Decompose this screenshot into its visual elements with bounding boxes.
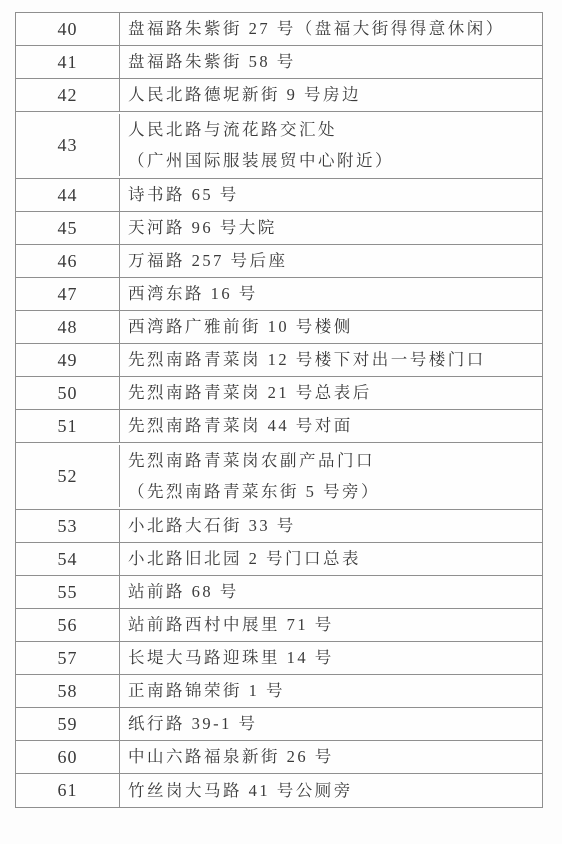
- address-line: 先烈南路青菜岗 21 号总表后: [128, 377, 534, 409]
- table-row: 40 盘福路朱紫街 27 号（盘福大街得得意休闲）: [16, 13, 542, 46]
- row-address-cell: 天河路 96 号大院: [120, 212, 542, 244]
- address-line: 站前路西村中展里 71 号: [128, 609, 534, 641]
- row-address-cell: 万福路 257 号后座: [120, 245, 542, 277]
- table-row: 47 西湾东路 16 号: [16, 278, 542, 311]
- row-address-cell: 先烈南路青菜岗农副产品门口（先烈南路青菜东街 5 号旁）: [120, 445, 542, 507]
- address-table: 40 盘福路朱紫街 27 号（盘福大街得得意休闲） 41 盘福路朱紫街 58 号…: [15, 12, 543, 808]
- row-number-cell: 59: [16, 708, 120, 740]
- row-address-cell: 西湾路广雅前街 10 号楼侧: [120, 311, 542, 343]
- row-address-cell: 盘福路朱紫街 27 号（盘福大街得得意休闲）: [120, 13, 542, 45]
- table-row: 43 人民北路与流花路交汇处（广州国际服装展贸中心附近）: [16, 112, 542, 179]
- table-row: 52 先烈南路青菜岗农副产品门口（先烈南路青菜东街 5 号旁）: [16, 443, 542, 510]
- address-line: 人民北路与流花路交汇处: [128, 114, 534, 145]
- address-line: 西湾路广雅前街 10 号楼侧: [128, 311, 534, 343]
- table-row: 53 小北路大石街 33 号: [16, 510, 542, 543]
- row-number-cell: 48: [16, 311, 120, 343]
- row-address-cell: 小北路大石街 33 号: [120, 510, 542, 542]
- row-address-cell: 正南路锦荣街 1 号: [120, 675, 542, 707]
- row-number-cell: 56: [16, 609, 120, 641]
- table-row: 59 纸行路 39-1 号: [16, 708, 542, 741]
- row-number-cell: 58: [16, 675, 120, 707]
- address-line: 竹丝岗大马路 41 号公厕旁: [128, 775, 534, 807]
- table-row: 57 长堤大马路迎珠里 14 号: [16, 642, 542, 675]
- table-row: 54 小北路旧北园 2 号门口总表: [16, 543, 542, 576]
- address-line: 长堤大马路迎珠里 14 号: [128, 642, 534, 674]
- table-row: 51 先烈南路青菜岗 44 号对面: [16, 410, 542, 443]
- row-number-cell: 53: [16, 510, 120, 542]
- row-number-cell: 54: [16, 543, 120, 575]
- row-number-cell: 47: [16, 278, 120, 310]
- row-address-cell: 西湾东路 16 号: [120, 278, 542, 310]
- address-line: 万福路 257 号后座: [128, 245, 534, 277]
- address-line: （广州国际服装展贸中心附近）: [128, 145, 534, 176]
- row-address-cell: 纸行路 39-1 号: [120, 708, 542, 740]
- row-number-cell: 50: [16, 377, 120, 409]
- row-address-cell: 先烈南路青菜岗 12 号楼下对出一号楼门口: [120, 344, 542, 376]
- table-row: 55 站前路 68 号: [16, 576, 542, 609]
- address-line: 中山六路福泉新街 26 号: [128, 741, 534, 773]
- row-address-cell: 先烈南路青菜岗 44 号对面: [120, 410, 542, 442]
- row-address-cell: 人民北路德坭新街 9 号房边: [120, 79, 542, 111]
- table-row: 61 竹丝岗大马路 41 号公厕旁: [16, 774, 542, 807]
- address-line: 先烈南路青菜岗农副产品门口: [128, 445, 534, 476]
- row-address-cell: 长堤大马路迎珠里 14 号: [120, 642, 542, 674]
- row-address-cell: 站前路 68 号: [120, 576, 542, 608]
- address-line: 正南路锦荣街 1 号: [128, 675, 534, 707]
- table-row: 60 中山六路福泉新街 26 号: [16, 741, 542, 774]
- address-line: 盘福路朱紫街 27 号（盘福大街得得意休闲）: [128, 13, 534, 45]
- address-line: （先烈南路青菜东街 5 号旁）: [128, 476, 534, 507]
- row-number-cell: 49: [16, 344, 120, 376]
- row-number-cell: 55: [16, 576, 120, 608]
- row-number-cell: 42: [16, 79, 120, 111]
- row-address-cell: 小北路旧北园 2 号门口总表: [120, 543, 542, 575]
- row-number-cell: 46: [16, 245, 120, 277]
- table-row: 58 正南路锦荣街 1 号: [16, 675, 542, 708]
- row-address-cell: 竹丝岗大马路 41 号公厕旁: [120, 774, 542, 807]
- table-row: 48 西湾路广雅前街 10 号楼侧: [16, 311, 542, 344]
- address-line: 先烈南路青菜岗 44 号对面: [128, 410, 534, 442]
- address-line: 先烈南路青菜岗 12 号楼下对出一号楼门口: [128, 344, 534, 376]
- address-line: 小北路大石街 33 号: [128, 510, 534, 542]
- row-number-cell: 51: [16, 410, 120, 442]
- table-row: 49 先烈南路青菜岗 12 号楼下对出一号楼门口: [16, 344, 542, 377]
- row-number-cell: 43: [16, 114, 120, 176]
- table-row: 44 诗书路 65 号: [16, 179, 542, 212]
- table-row: 50 先烈南路青菜岗 21 号总表后: [16, 377, 542, 410]
- row-address-cell: 站前路西村中展里 71 号: [120, 609, 542, 641]
- row-number-cell: 44: [16, 179, 120, 211]
- row-number-cell: 57: [16, 642, 120, 674]
- row-number-cell: 45: [16, 212, 120, 244]
- table-row: 45 天河路 96 号大院: [16, 212, 542, 245]
- row-address-cell: 中山六路福泉新街 26 号: [120, 741, 542, 773]
- address-line: 人民北路德坭新街 9 号房边: [128, 79, 534, 111]
- address-line: 天河路 96 号大院: [128, 212, 534, 244]
- table-row: 56 站前路西村中展里 71 号: [16, 609, 542, 642]
- row-number-cell: 61: [16, 774, 120, 807]
- address-line: 诗书路 65 号: [128, 179, 534, 211]
- row-number-cell: 40: [16, 13, 120, 45]
- table-row: 46 万福路 257 号后座: [16, 245, 542, 278]
- row-number-cell: 52: [16, 445, 120, 507]
- table-row: 41 盘福路朱紫街 58 号: [16, 46, 542, 79]
- row-number-cell: 60: [16, 741, 120, 773]
- row-address-cell: 人民北路与流花路交汇处（广州国际服装展贸中心附近）: [120, 114, 542, 176]
- row-address-cell: 诗书路 65 号: [120, 179, 542, 211]
- address-line: 站前路 68 号: [128, 576, 534, 608]
- row-number-cell: 41: [16, 46, 120, 78]
- address-line: 西湾东路 16 号: [128, 278, 534, 310]
- table-row: 42 人民北路德坭新街 9 号房边: [16, 79, 542, 112]
- address-line: 纸行路 39-1 号: [128, 708, 534, 740]
- address-line: 小北路旧北园 2 号门口总表: [128, 543, 534, 575]
- row-address-cell: 盘福路朱紫街 58 号: [120, 46, 542, 78]
- address-line: 盘福路朱紫街 58 号: [128, 46, 534, 78]
- row-address-cell: 先烈南路青菜岗 21 号总表后: [120, 377, 542, 409]
